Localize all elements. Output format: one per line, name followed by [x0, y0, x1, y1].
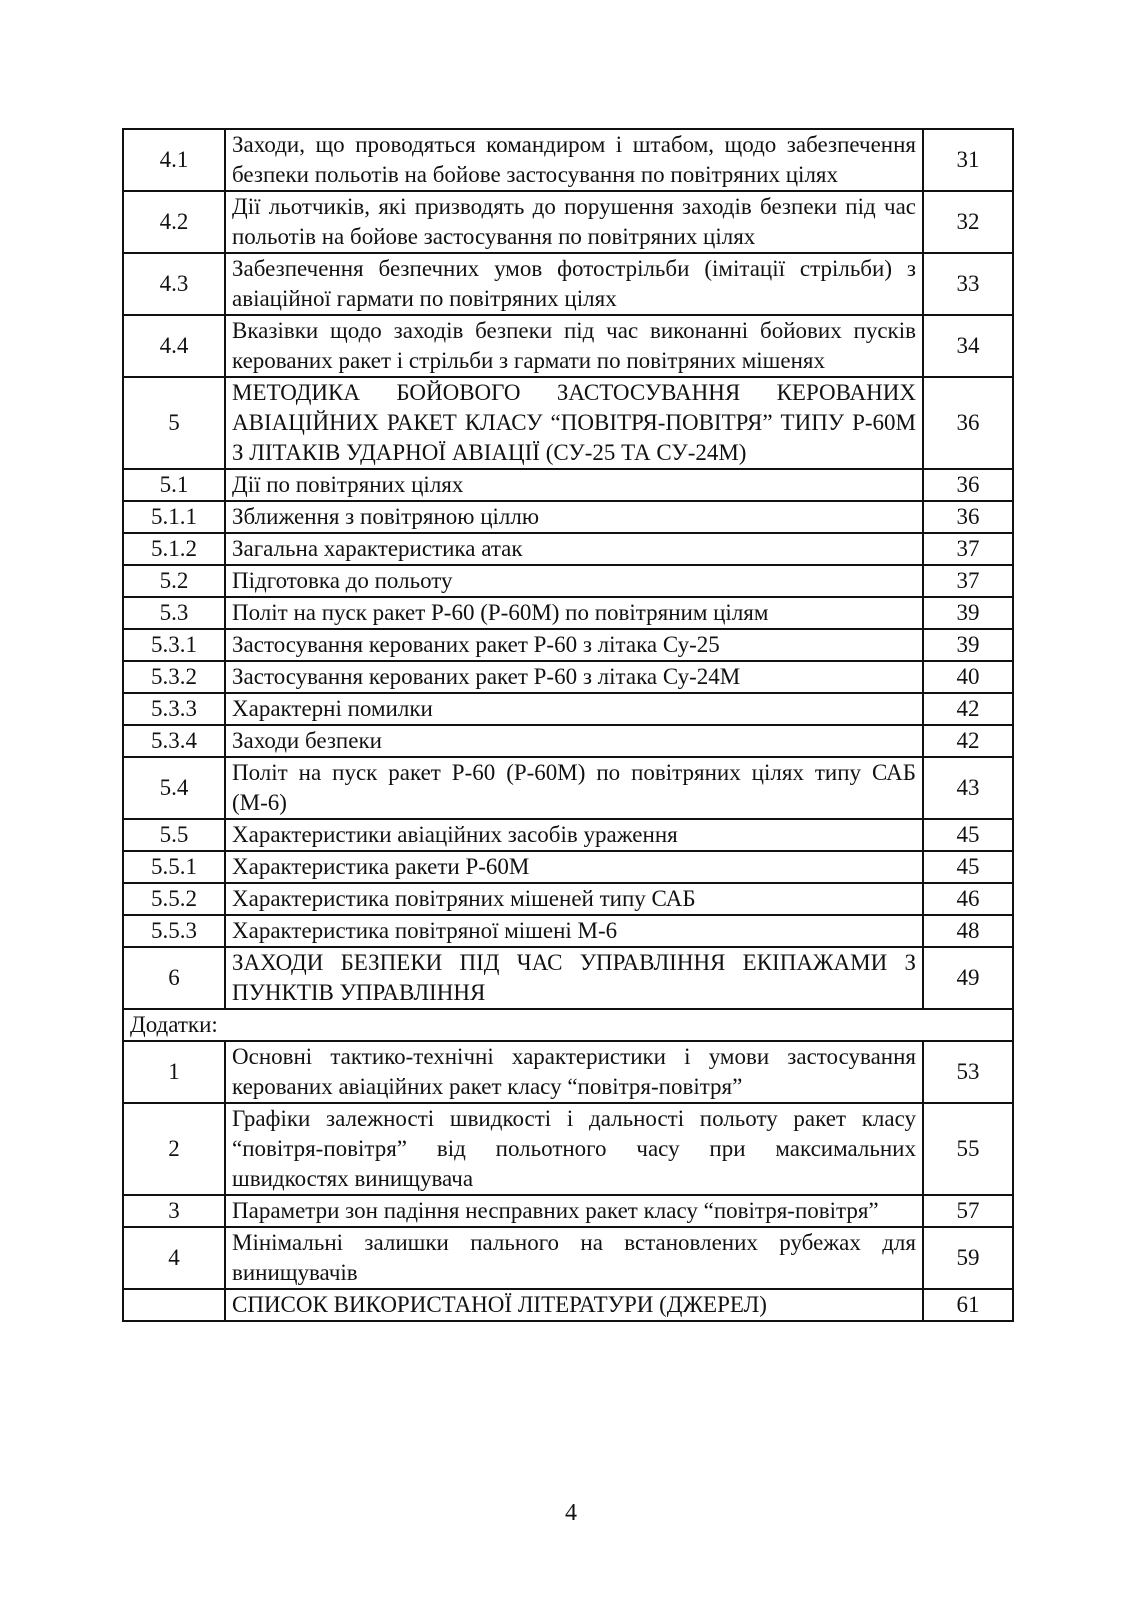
toc-entry-title: Застосування керованих ракет Р-60 з літа… [225, 661, 923, 693]
toc-entry-title: Характеристика повітряної мішені М-6 [225, 915, 923, 947]
toc-entry-title: Застосування керованих ракет Р-60 з літа… [225, 629, 923, 661]
toc-entry-number: 5.5.1 [123, 851, 225, 883]
toc-entry-page: 36 [923, 377, 1013, 469]
toc-entry-page: 32 [923, 191, 1013, 253]
toc-entry-number: 4 [123, 1227, 225, 1289]
toc-row: 4.4Вказівки щодо заходів безпеки під час… [123, 315, 1013, 377]
toc-entry-number: 5.5 [123, 819, 225, 851]
toc-entry-page: 48 [923, 915, 1013, 947]
table-of-contents: 4.1Заходи, що проводяться командиром і ш… [122, 128, 1014, 1322]
toc-entry-page: 49 [923, 947, 1013, 1009]
toc-row: 5.2Підготовка до польоту37 [123, 565, 1013, 597]
toc-entry-title: Мінімальні залишки пального на встановле… [225, 1227, 923, 1289]
toc-entry-title: Характерні помилки [225, 693, 923, 725]
toc-entry-number: 5.5.3 [123, 915, 225, 947]
toc-entry-number: 1 [123, 1041, 225, 1103]
toc-entry-page: 34 [923, 315, 1013, 377]
toc-row: 5МЕТОДИКА БОЙОВОГО ЗАСТОСУВАННЯ КЕРОВАНИ… [123, 377, 1013, 469]
toc-entry-title: Заходи безпеки [225, 725, 923, 757]
toc-entry-number: 5.3.4 [123, 725, 225, 757]
toc-entry-page: 39 [923, 629, 1013, 661]
toc-entry-title: Дії по повітряних цілях [225, 469, 923, 501]
toc-entry-title: Параметри зон падіння несправних ракет к… [225, 1195, 923, 1227]
toc-row: 2Графіки залежності швидкості і дальност… [123, 1103, 1013, 1195]
toc-entry-title: СПИСОК ВИКОРИСТАНОЇ ЛІТЕРАТУРИ (ДЖЕРЕЛ) [225, 1289, 923, 1321]
toc-entry-title: Забезпечення безпечних умов фотострільби… [225, 253, 923, 315]
toc-row: 4.2Дії льотчиків, які призводять до пору… [123, 191, 1013, 253]
toc-entry-page: 45 [923, 851, 1013, 883]
toc-row: 4Мінімальні залишки пального на встановл… [123, 1227, 1013, 1289]
toc-entry-page: 55 [923, 1103, 1013, 1195]
toc-entry-number: 4.2 [123, 191, 225, 253]
toc-row: 5.3.3Характерні помилки42 [123, 693, 1013, 725]
toc-entry-number: 5.1 [123, 469, 225, 501]
toc-entry-number: 5.1.2 [123, 533, 225, 565]
toc-entry-page: 61 [923, 1289, 1013, 1321]
toc-row: 5.4Політ на пуск ракет Р-60 (Р-60М) по п… [123, 757, 1013, 819]
toc-entry-title: Дії льотчиків, які призводять до порушен… [225, 191, 923, 253]
appendix-header-label: Додатки: [123, 1009, 1013, 1041]
toc-entry-page: 37 [923, 533, 1013, 565]
toc-entry-title: Політ на пуск ракет Р-60 (Р-60М) по пові… [225, 597, 923, 629]
toc-entry-title: Вказівки щодо заходів безпеки під час ви… [225, 315, 923, 377]
toc-row: 3Параметри зон падіння несправних ракет … [123, 1195, 1013, 1227]
toc-entry-page: 45 [923, 819, 1013, 851]
toc-row: 5.1Дії по повітряних цілях36 [123, 469, 1013, 501]
page-number: 4 [0, 1500, 1142, 1527]
toc-row: СПИСОК ВИКОРИСТАНОЇ ЛІТЕРАТУРИ (ДЖЕРЕЛ)6… [123, 1289, 1013, 1321]
toc-entry-number: 4.4 [123, 315, 225, 377]
toc-entry-page: 46 [923, 883, 1013, 915]
toc-entry-title: Основні тактико-технічні характеристики … [225, 1041, 923, 1103]
toc-entry-number: 5.5.2 [123, 883, 225, 915]
toc-entry-number: 5.3.1 [123, 629, 225, 661]
toc-row: 5.5.3Характеристика повітряної мішені М-… [123, 915, 1013, 947]
toc-entry-page: 31 [923, 129, 1013, 191]
toc-entry-number: 4.1 [123, 129, 225, 191]
toc-entry-number: 5.4 [123, 757, 225, 819]
toc-entry-number: 4.3 [123, 253, 225, 315]
toc-entry-title: Характеристика ракети Р-60М [225, 851, 923, 883]
toc-row: 5.3.1Застосування керованих ракет Р-60 з… [123, 629, 1013, 661]
toc-entry-page: 59 [923, 1227, 1013, 1289]
toc-entry-page: 36 [923, 501, 1013, 533]
toc-entry-page: 40 [923, 661, 1013, 693]
toc-row: 5.3Політ на пуск ракет Р-60 (Р-60М) по п… [123, 597, 1013, 629]
toc-row: 5.3.4Заходи безпеки42 [123, 725, 1013, 757]
toc-entry-page: 42 [923, 725, 1013, 757]
toc-row: 4.1Заходи, що проводяться командиром і ш… [123, 129, 1013, 191]
toc-row: 5.3.2Застосування керованих ракет Р-60 з… [123, 661, 1013, 693]
toc-entry-page: 37 [923, 565, 1013, 597]
toc-entry-number: 2 [123, 1103, 225, 1195]
toc-section-header: Додатки: [123, 1009, 1013, 1041]
toc-row: 5.5.2Характеристика повітряних мішеней т… [123, 883, 1013, 915]
toc-row: 4.3Забезпечення безпечних умов фотостріл… [123, 253, 1013, 315]
toc-entry-title: Політ на пуск ракет Р-60 (Р-60М) по пові… [225, 757, 923, 819]
toc-entry-title: Заходи, що проводяться командиром і штаб… [225, 129, 923, 191]
toc-entry-number: 3 [123, 1195, 225, 1227]
toc-entry-page: 43 [923, 757, 1013, 819]
toc-body: 4.1Заходи, що проводяться командиром і ш… [123, 129, 1013, 1321]
toc-entry-number: 5.1.1 [123, 501, 225, 533]
toc-entry-number: 5.3.3 [123, 693, 225, 725]
toc-entry-title: Зближення з повітряною ціллю [225, 501, 923, 533]
toc-row: 5.1.2Загальна характеристика атак37 [123, 533, 1013, 565]
toc-entry-title: Загальна характеристика атак [225, 533, 923, 565]
toc-entry-page: 53 [923, 1041, 1013, 1103]
toc-entry-title: МЕТОДИКА БОЙОВОГО ЗАСТОСУВАННЯ КЕРОВАНИХ… [225, 377, 923, 469]
toc-entry-title: Графіки залежності швидкості і дальності… [225, 1103, 923, 1195]
toc-row: 5.5.1Характеристика ракети Р-60М45 [123, 851, 1013, 883]
toc-entry-title: Характеристика повітряних мішеней типу С… [225, 883, 923, 915]
toc-entry-number: 5.2 [123, 565, 225, 597]
toc-entry-number: 5.3.2 [123, 661, 225, 693]
toc-entry-page: 33 [923, 253, 1013, 315]
toc-entry-title: ЗАХОДИ БЕЗПЕКИ ПІД ЧАС УПРАВЛІННЯ ЕКІПАЖ… [225, 947, 923, 1009]
toc-entry-number: 5.3 [123, 597, 225, 629]
toc-row: 1Основні тактико-технічні характеристики… [123, 1041, 1013, 1103]
toc-row: 5.1.1Зближення з повітряною ціллю36 [123, 501, 1013, 533]
toc-row: 6ЗАХОДИ БЕЗПЕКИ ПІД ЧАС УПРАВЛІННЯ ЕКІПА… [123, 947, 1013, 1009]
toc-entry-page: 42 [923, 693, 1013, 725]
toc-entry-number: 5 [123, 377, 225, 469]
toc-entry-title: Підготовка до польоту [225, 565, 923, 597]
toc-entry-page: 39 [923, 597, 1013, 629]
toc-entry-title: Характеристики авіаційних засобів уражен… [225, 819, 923, 851]
toc-entry-number [123, 1289, 225, 1321]
toc-entry-page: 36 [923, 469, 1013, 501]
toc-entry-number: 6 [123, 947, 225, 1009]
toc-entry-page: 57 [923, 1195, 1013, 1227]
toc-row: 5.5Характеристики авіаційних засобів ура… [123, 819, 1013, 851]
